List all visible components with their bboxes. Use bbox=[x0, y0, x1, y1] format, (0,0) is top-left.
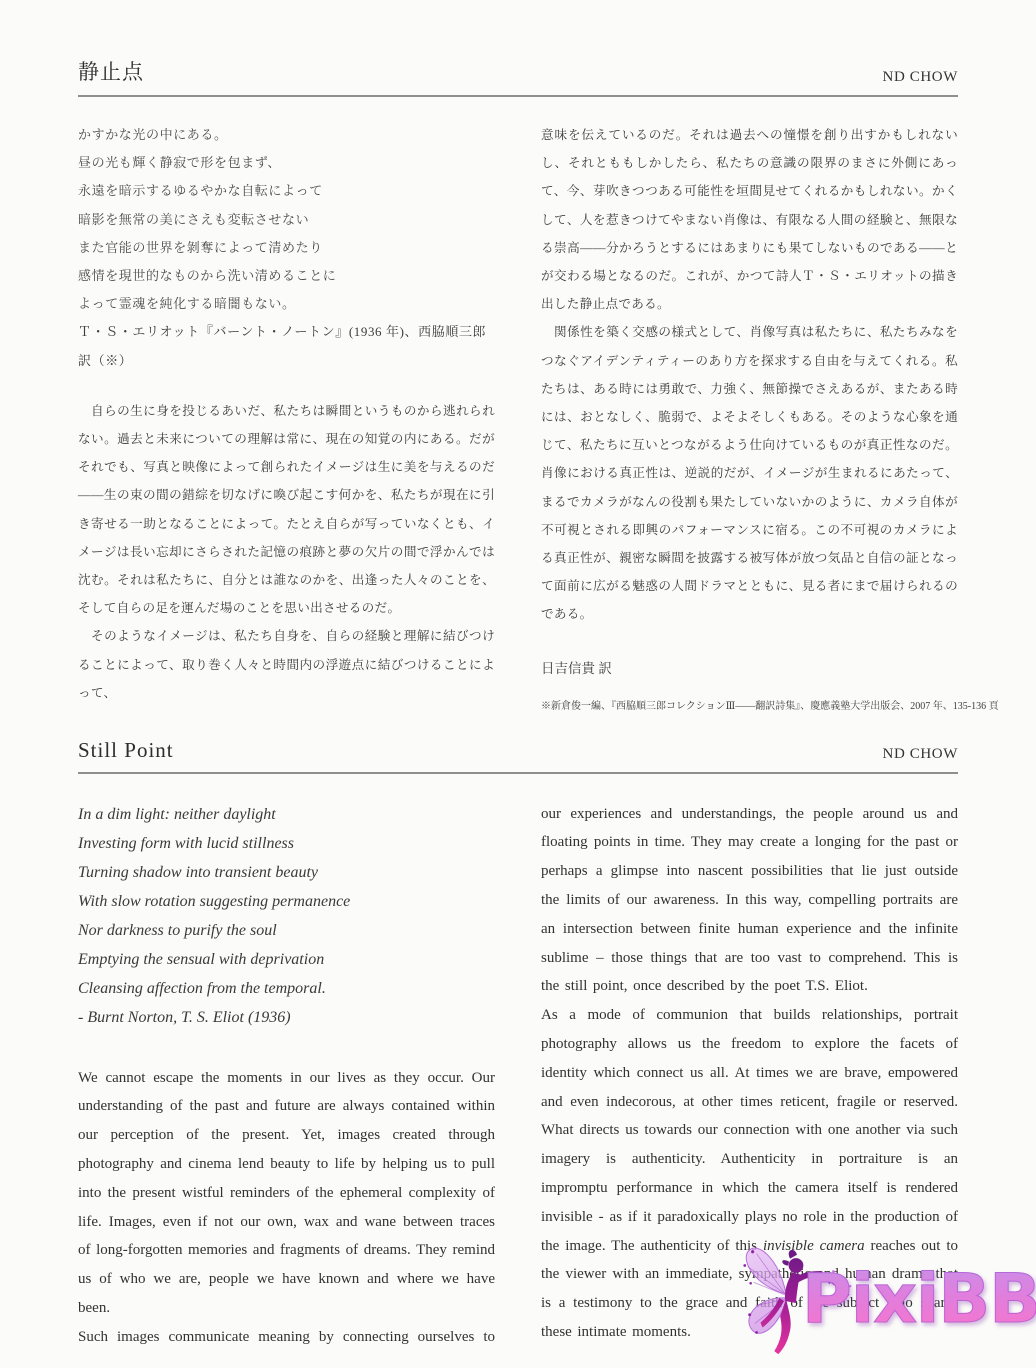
en-poem-line: In a dim light: neither daylight bbox=[78, 800, 495, 829]
en-poem-line: Nor darkness to purify the soul bbox=[78, 916, 495, 945]
en-paragraph: our experiences and understandings, the … bbox=[541, 800, 958, 1002]
jp-poem-line: 永遠を暗示するゆるやかな自転によって bbox=[78, 177, 495, 205]
jp-poem-line: 昼の光も輝く静寂で形を包まず、 bbox=[78, 149, 495, 177]
jp-poem-line: よって霊魂を純化する暗闇もない。 bbox=[78, 290, 495, 318]
jp-byline: ND CHOW bbox=[883, 69, 958, 86]
jp-poem-line: かすかな光の中にある。 bbox=[78, 121, 495, 149]
en-poem-line: Investing form with lucid stillness bbox=[78, 829, 495, 858]
en-poem: In a dim light: neither daylight Investi… bbox=[78, 800, 495, 1032]
jp-paragraph: 意味を伝えているのだ。それは過去への憧憬を創り出すかもしれないし、それとももしか… bbox=[541, 121, 958, 318]
jp-section-header: 静止点 ND CHOW bbox=[78, 56, 958, 97]
en-byline: ND CHOW bbox=[883, 746, 958, 763]
jp-poem-line: また官能の世界を剝奪によって清めたり bbox=[78, 234, 495, 262]
jp-paragraph: 関係性を築く交感の様式として、肖像写真は私たちに、私たちみなをつなぐアイデンティ… bbox=[541, 318, 958, 628]
en-paragraph: We cannot escape the moments in our live… bbox=[78, 1064, 495, 1323]
en-right-column: our experiences and understandings, the … bbox=[541, 774, 958, 1352]
en-poem-credit: - Burnt Norton, T. S. Eliot (1936) bbox=[78, 1003, 495, 1032]
jp-paragraph: 自らの生に身を投じるあいだ、私たちは瞬間というものから逃れられない。過去と未来に… bbox=[78, 397, 495, 623]
jp-columns: かすかな光の中にある。 昼の光も輝く静寂で形を包まず、 永遠を暗示するゆるやかな… bbox=[78, 97, 958, 712]
en-poem-line: Cleansing affection from the temporal. bbox=[78, 974, 495, 1003]
translator-credit: 日吉信貴 訳 bbox=[541, 657, 958, 677]
en-poem-line: Emptying the sensual with deprivation bbox=[78, 945, 495, 974]
en-columns: In a dim light: neither daylight Investi… bbox=[78, 774, 958, 1352]
jp-right-column: 意味を伝えているのだ。それは過去への憧憬を創り出すかもしれないし、それとももしか… bbox=[541, 97, 958, 712]
jp-poem-credit: Ｔ・Ｓ・エリオット『バーント・ノートン』(1936 年)、西脇順三郎訳（※） bbox=[78, 318, 495, 374]
en-left-column: In a dim light: neither daylight Investi… bbox=[78, 774, 495, 1352]
jp-page-title: 静止点 bbox=[78, 56, 144, 86]
jp-poem-line: 暗影を無常の美にさえも変転させない bbox=[78, 206, 495, 234]
en-paragraph: As a mode of communion that builds relat… bbox=[541, 1001, 958, 1347]
document-page: 静止点 ND CHOW かすかな光の中にある。 昼の光も輝く静寂で形を包まず、 … bbox=[0, 0, 1036, 1368]
en-poem-line: Turning shadow into transient beauty bbox=[78, 858, 495, 887]
en-paragraph-italic-phrase: invisible camera bbox=[763, 1238, 865, 1254]
en-poem-line: With slow rotation suggesting permanence bbox=[78, 887, 495, 916]
jp-poem-line: 感情を現世的なものから洗い清めることに bbox=[78, 262, 495, 290]
jp-paragraph: そのようなイメージは、私たち自身を、自らの経験と理解に結びつけることによって、取… bbox=[78, 622, 495, 707]
source-footnote: ※新倉俊一編、『西脇順三郎コレクションⅢ——翻訳詩集』、慶應義塾大学出版会、20… bbox=[541, 697, 958, 712]
en-page-title: Still Point bbox=[78, 738, 174, 763]
en-paragraph: Such images communicate meaning by conne… bbox=[78, 1323, 495, 1352]
en-paragraph-text: As a mode of communion that builds relat… bbox=[541, 1007, 958, 1253]
en-section: Still Point ND CHOW In a dim light: neit… bbox=[78, 738, 958, 1352]
jp-poem: かすかな光の中にある。 昼の光も輝く静寂で形を包まず、 永遠を暗示するゆるやかな… bbox=[78, 121, 495, 375]
en-section-header: Still Point ND CHOW bbox=[78, 738, 958, 774]
jp-left-column: かすかな光の中にある。 昼の光も輝く静寂で形を包まず、 永遠を暗示するゆるやかな… bbox=[78, 97, 495, 712]
